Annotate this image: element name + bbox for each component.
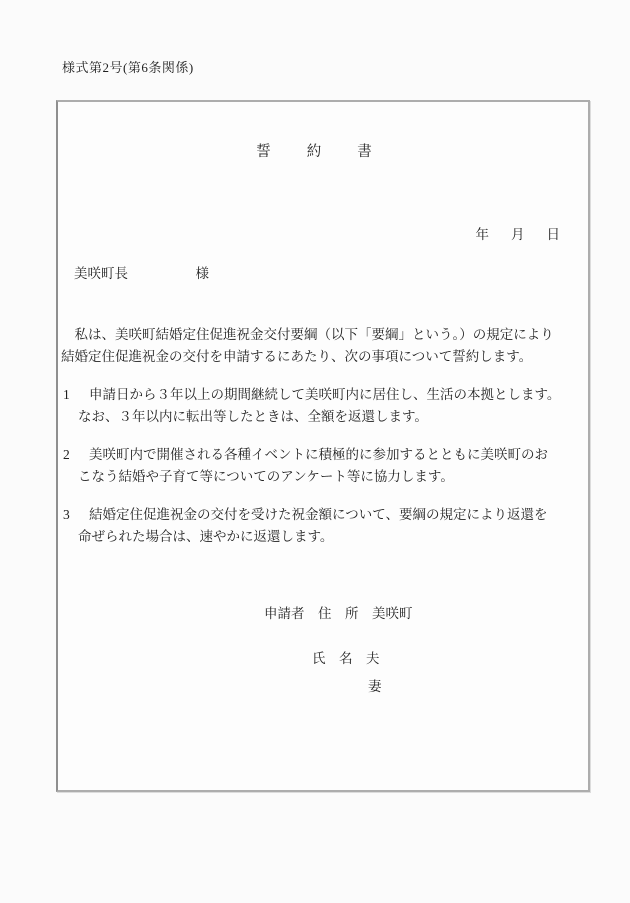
- pledge-item-3: 3結婚定住促進祝金の交付を受けた祝金額について、要綱の規定により返還を 命ぜられ…: [63, 504, 582, 548]
- title-char-1: 誓: [256, 141, 271, 163]
- pledge-item-2-number: 2: [63, 444, 89, 466]
- wife-label: 妻: [368, 676, 382, 698]
- pledge-item-2-text: 美咲町内で開催される各種イベントに積極的に参加するとともに美咲町のお こなう結婚…: [78, 447, 548, 484]
- applicant-name-line: 氏 名 夫: [312, 648, 380, 670]
- title-char-3: 書: [357, 141, 372, 163]
- title-char-2: 約: [307, 141, 322, 163]
- oath-document-frame: 誓約書 年月日 美咲町長 様 私は、美咲町結婚定住促進祝金交付要綱（以下「要綱」…: [56, 100, 590, 792]
- pledge-item-1: 1申請日から３年以上の期間継続して美咲町内に居住し、生活の本拠とします。 なお、…: [63, 384, 582, 428]
- applicant-address-line: 申請者 住 所 美咲町: [264, 603, 413, 625]
- pledge-item-1-number: 1: [63, 384, 89, 406]
- intro-paragraph: 私は、美咲町結婚定住促進祝金交付要綱（以下「要綱」という。）の規定により 結婚定…: [61, 324, 554, 368]
- pledge-item-3-number: 3: [63, 504, 89, 526]
- date-line: 年月日: [476, 224, 561, 246]
- date-day-label: 日: [547, 224, 561, 246]
- addressee-line: 美咲町長 様: [74, 263, 209, 285]
- date-month-label: 月: [511, 224, 525, 246]
- document-page: { "doc": { "form_number": "様式第2号(第6条関係)"…: [0, 0, 630, 903]
- pledge-item-3-text: 結婚定住促進祝金の交付を受けた祝金額について、要綱の規定により返還を 命ぜられた…: [78, 507, 547, 544]
- document-title: 誓約書: [58, 141, 570, 163]
- date-year-label: 年: [476, 224, 490, 246]
- form-number: 様式第2号(第6条関係): [62, 58, 194, 78]
- pledge-item-2: 2美咲町内で開催される各種イベントに積極的に参加するとともに美咲町のお こなう結…: [63, 444, 582, 488]
- pledge-item-1-text: 申請日から３年以上の期間継続して美咲町内に居住し、生活の本拠とします。 なお、３…: [78, 387, 560, 424]
